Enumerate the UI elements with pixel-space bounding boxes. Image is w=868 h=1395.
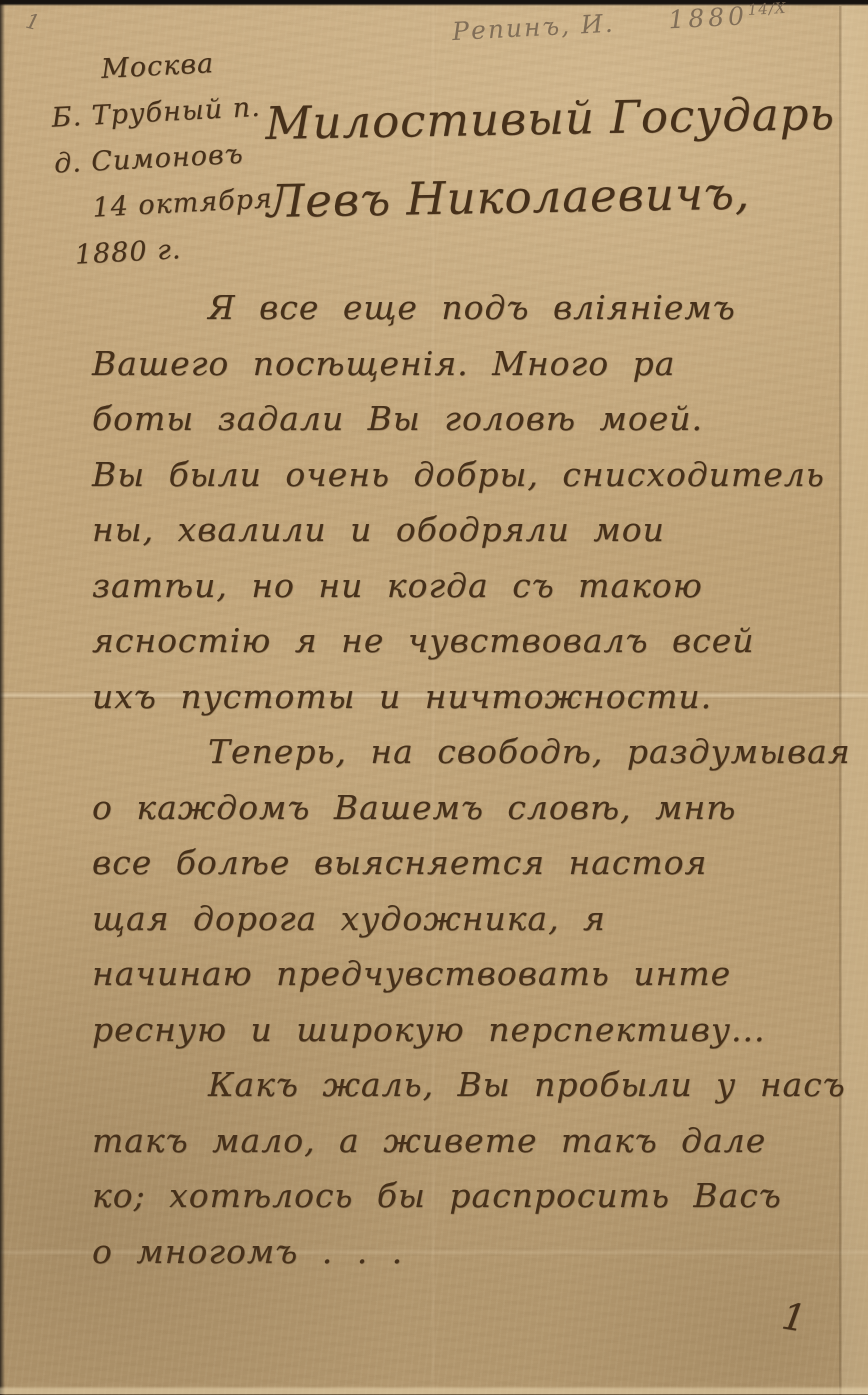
page-number-ink: 1	[779, 1294, 809, 1340]
salutation-line: Милостивый Государь	[265, 75, 836, 163]
body-line: Я все еще подъ вліяніемъ	[92, 280, 862, 336]
body-line: Вы были очень добры, снисходитель	[92, 447, 862, 503]
heading-line: 14 октября	[91, 176, 274, 231]
body-line: боты задали Вы головѣ моей.	[92, 391, 862, 447]
body-line: щая дорога художника, я	[92, 891, 862, 947]
body-line: ресную и широкую перспективу...	[92, 1002, 862, 1058]
folio-number-pencil: 1	[23, 9, 42, 36]
annotation-year: 1880	[668, 2, 749, 35]
annotation-day-month: 14/X	[747, 0, 787, 19]
annotation-author-name: Репинъ, И.	[451, 9, 615, 46]
body-line: начинаю предчувствовать инте	[92, 946, 862, 1002]
body-line: ны, хвалили и ободряли мои	[92, 502, 862, 558]
scan-edge-bottom	[0, 1386, 868, 1395]
body-line: ясностію я не чувствовалъ всей	[92, 613, 862, 669]
archival-annotation-pencil: Репинъ, И. 188014/X	[451, 0, 787, 46]
body-line: ко; хотѣлось бы распросить Васъ	[92, 1168, 862, 1224]
body-line: все болѣе выясняется настоя	[92, 835, 862, 891]
letter-body: Я все еще подъ вліяніемъВашего посѣщенія…	[92, 280, 862, 1279]
salutation: Милостивый ГосударьЛевъ Николаевичъ,	[265, 75, 837, 241]
body-line: Вашего посѣщенія. Много ра	[92, 336, 862, 392]
body-line: Какъ жаль, Вы пробыли у насъ	[92, 1057, 862, 1113]
body-line: такъ мало, а живете такъ дале	[92, 1113, 862, 1169]
scan-edge-left	[0, 0, 5, 1395]
body-line: о каждомъ Вашемъ словѣ, мнѣ	[92, 780, 862, 836]
body-line: затѣи, но ни когда съ такою	[92, 558, 862, 614]
heading-line: 1880 г.	[74, 222, 277, 278]
body-line: ихъ пустоты и ничтожности.	[92, 669, 862, 725]
salutation-line: Левъ Николаевичъ,	[266, 153, 837, 241]
letter-heading-address: МоскваБ. Трубный п.д. Симоновъ14 октября…	[48, 38, 276, 279]
body-line: о многомъ . . .	[92, 1224, 862, 1280]
body-line: Теперь, на свободѣ, раздумывая	[92, 724, 862, 780]
annotation-date: 188014/X	[668, 0, 788, 35]
letter-scan-page: 1 Репинъ, И. 188014/X МоскваБ. Трубный п…	[0, 0, 868, 1395]
